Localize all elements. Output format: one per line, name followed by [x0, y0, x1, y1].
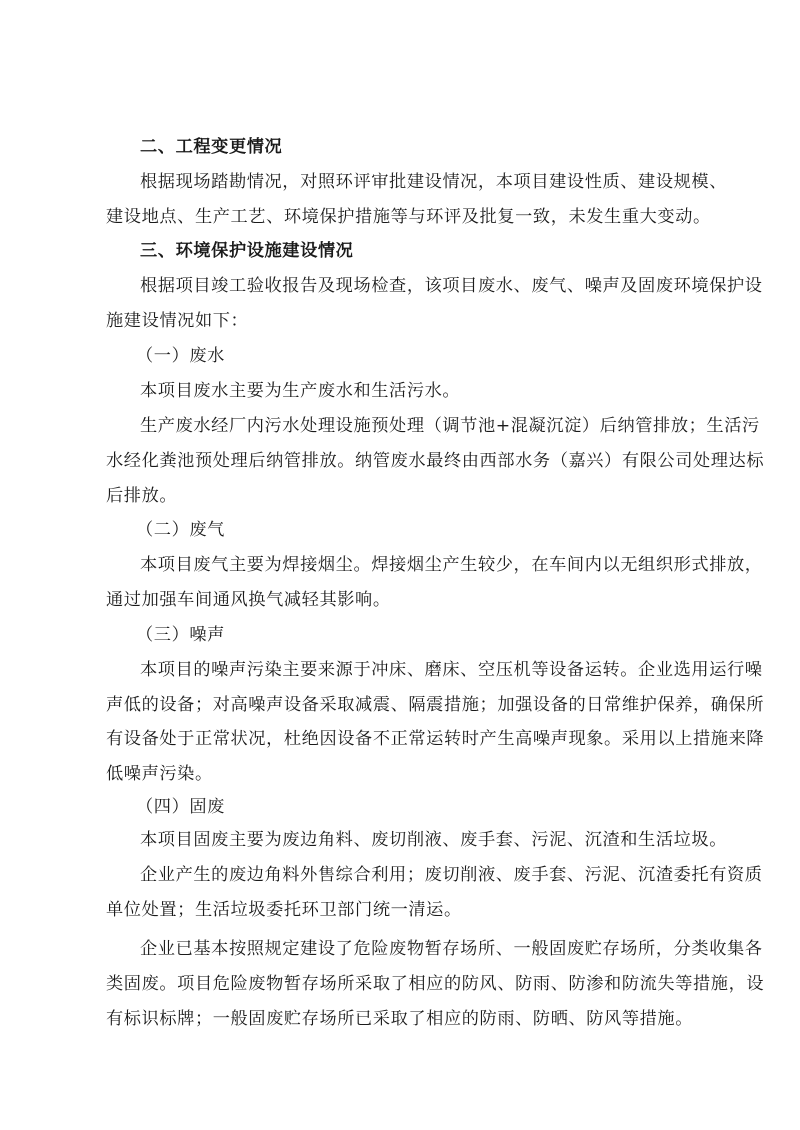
paragraph-line: 低噪声污染。 — [106, 759, 213, 784]
section-heading-env-facilities: 三、环境保护设施建设情况 — [140, 236, 353, 261]
subheading-solid-waste: （四）固废 — [136, 792, 225, 817]
paragraph-line: 本项目废气主要为焊接烟尘。焊接烟尘产生较少，在车间内以无组织形式排放， — [140, 550, 763, 575]
paragraph-line: 有标识标牌；一般固废贮存场所已采取了相应的防雨、防晒、防风等措施。 — [106, 1004, 693, 1029]
paragraph-line: 本项目废水主要为生产废水和生活污水。 — [140, 376, 460, 401]
paragraph-line: 声低的设备；对高噪声设备采取减震、隔震措施；加强设备的日常维护保养，确保所 — [106, 690, 764, 715]
paragraph-line: 建设地点、生产工艺、环境保护措施等与环评及批复一致，未发生重大变动。 — [106, 202, 711, 227]
paragraph-line: 通过加强车间通风换气减轻其影响。 — [106, 585, 391, 610]
section-heading-project-changes: 二、工程变更情况 — [140, 132, 282, 157]
paragraph-line: 根据现场踏勘情况，对照环评审批建设情况，本项目建设性质、建设规模、 — [140, 167, 727, 192]
paragraph-line: 单位处置；生活垃圾委托环卫部门统一清运。 — [106, 895, 462, 920]
paragraph-line: 本项目固废主要为废边角料、废切削液、废手套、污泥、沉渣和生活垃圾。 — [140, 825, 727, 850]
paragraph-line: 生产废水经厂内污水处理设施预处理（调节池+混凝沉淀）后纳管排放；生活污 — [140, 411, 760, 436]
paragraph-line: 类固废。项目危险废物暂存场所采取了相应的防风、防雨、防渗和防流失等措施，设 — [106, 969, 764, 994]
paragraph-line: 根据项目竣工验收报告及现场检查，该项目废水、废气、噪声及固废环境保护设 — [140, 271, 763, 296]
paragraph-line: 后排放。 — [106, 481, 177, 506]
paragraph-line: 有设备处于正常状况，杜绝因设备不正常运转时产生高噪声现象。采用以上措施来降 — [106, 724, 764, 749]
paragraph-line: 本项目的噪声污染主要来源于冲床、磨床、空压机等设备运转。企业选用运行噪 — [140, 655, 763, 680]
paragraph-line: 水经化粪池预处理后纳管排放。纳管废水最终由西部水务（嘉兴）有限公司处理达标 — [106, 446, 764, 471]
paragraph-line: 施建设情况如下： — [106, 306, 248, 331]
subheading-waste-gas: （二）废气 — [136, 515, 225, 540]
subheading-wastewater: （一）废水 — [136, 341, 225, 366]
paragraph-line: 企业产生的废边角料外售综合利用；废切削液、废手套、污泥、沉渣委托有资质 — [140, 860, 763, 885]
subheading-noise: （三）噪声 — [136, 620, 225, 645]
paragraph-line: 企业已基本按照规定建设了危险废物暂存场所、一般固废贮存场所，分类收集各 — [140, 934, 763, 959]
